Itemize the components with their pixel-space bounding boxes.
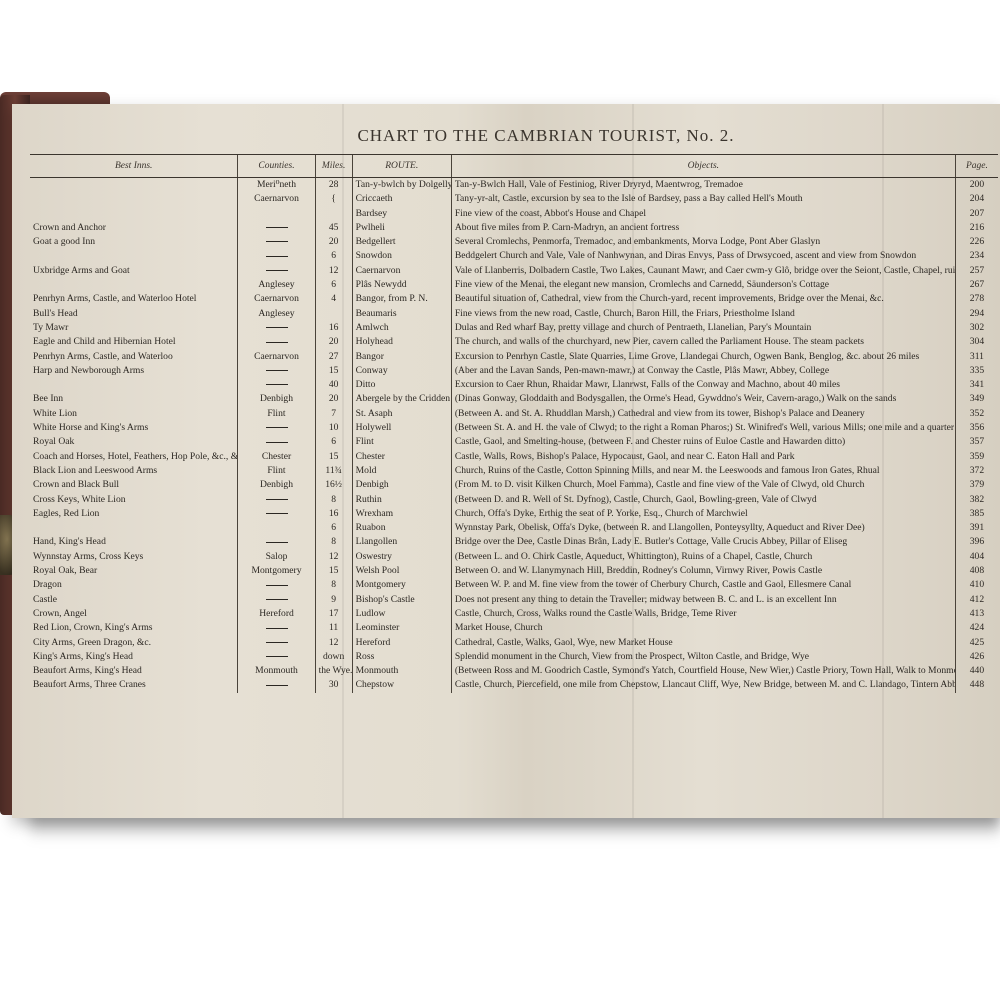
county-name: Denbigh: [238, 392, 315, 406]
table-row: Penrhyn Arms, Castle, and WaterlooCaerna…: [30, 350, 998, 364]
objects-description: Splendid monument in the Church, View fr…: [451, 650, 955, 664]
county-name: [238, 636, 315, 650]
route-stop: Pwlheli: [352, 221, 451, 235]
table-body: Meri⁰neth28Tan-y-bwlch by Dolgelly and F…: [30, 178, 998, 693]
miles-value: 40: [315, 378, 352, 392]
inn-name: Eagle and Child and Hibernian Hotel: [30, 335, 238, 349]
county-name: [238, 593, 315, 607]
miles-value: 27: [315, 350, 352, 364]
page-number: 382: [955, 493, 998, 507]
route-stop: Flint: [352, 435, 451, 449]
objects-description: Does not present any thing to detain the…: [451, 593, 955, 607]
miles-value: [315, 207, 352, 221]
page-number: 440: [955, 664, 998, 678]
page-number: 426: [955, 650, 998, 664]
table-row: 40DittoExcursion to Caer Rhun, Rhaidar M…: [30, 378, 998, 392]
ditto-dash: [266, 656, 288, 657]
route-stop: Chester: [352, 450, 451, 464]
miles-value: 6: [315, 249, 352, 263]
miles-value: 4: [315, 292, 352, 306]
ditto-dash: [266, 241, 288, 242]
table-row: Crown, AngelHereford17LudlowCastle, Chur…: [30, 607, 998, 621]
miles-value: 12: [315, 264, 352, 278]
route-stop: Conway: [352, 364, 451, 378]
miles-value: 10: [315, 421, 352, 435]
inn-name: Beaufort Arms, King's Head: [30, 664, 238, 678]
miles-value: the Wye.: [315, 664, 352, 678]
page-number: 267: [955, 278, 998, 292]
county-name: [238, 221, 315, 235]
county-name: [238, 535, 315, 549]
miles-value: 6: [315, 521, 352, 535]
page-number: 349: [955, 392, 998, 406]
county-name: Hereford: [238, 607, 315, 621]
county-name: [238, 493, 315, 507]
page-number: 448: [955, 678, 998, 692]
route-stop: Snowdon: [352, 249, 451, 263]
objects-description: Market House, Church: [451, 621, 955, 635]
page-number: 352: [955, 407, 998, 421]
miles-value: 8: [315, 493, 352, 507]
route-stop: Oswestry: [352, 550, 451, 564]
table-row: Bull's HeadAngleseyBeaumarisFine views f…: [30, 307, 998, 321]
table-row: Coach and Horses, Hotel, Feathers, Hop P…: [30, 450, 998, 464]
miles-value: 45: [315, 221, 352, 235]
objects-description: (Aber and the Lavan Sands, Pen-mawn-mawr…: [451, 364, 955, 378]
objects-description: (Dinas Gonway, Gloddaith and Bodysgallen…: [451, 392, 955, 406]
inn-name: Harp and Newborough Arms: [30, 364, 238, 378]
table-row: Crown and Black BullDenbigh16½Denbigh(Fr…: [30, 478, 998, 492]
objects-description: Tany-yr-alt, Castle, excursion by sea to…: [451, 192, 955, 206]
objects-description: Excursion to Caer Rhun, Rhaidar Mawr, Ll…: [451, 378, 955, 392]
table-row: Castle9Bishop's CastleDoes not present a…: [30, 593, 998, 607]
table-row: Royal Oak6FlintCastle, Gaol, and Smeltin…: [30, 435, 998, 449]
page-number: 412: [955, 593, 998, 607]
objects-description: (From M. to D. visit Kilken Church, Moel…: [451, 478, 955, 492]
route-stop: Wrexham: [352, 507, 451, 521]
page-number: 294: [955, 307, 998, 321]
ditto-dash: [266, 370, 288, 371]
page-number: 204: [955, 192, 998, 206]
route-stop: Hereford: [352, 636, 451, 650]
miles-value: {: [315, 192, 352, 206]
table-row: BardseyFine view of the coast, Abbot's H…: [30, 207, 998, 221]
county-name: Caernarvon: [238, 192, 315, 206]
inn-name: Bull's Head: [30, 307, 238, 321]
inn-name: [30, 207, 238, 221]
table-row: Black Lion and Leeswood ArmsFlint11¾Mold…: [30, 464, 998, 478]
route-stop: Monmouth: [352, 664, 451, 678]
objects-description: Fine view of the Menai, the elegant new …: [451, 278, 955, 292]
page-number: 216: [955, 221, 998, 235]
header-objects: Objects.: [451, 155, 955, 178]
page-number: 257: [955, 264, 998, 278]
miles-value: 17: [315, 607, 352, 621]
table-row: King's Arms, King's HeaddownRossSplendid…: [30, 650, 998, 664]
miles-value: 11¾: [315, 464, 352, 478]
objects-description: Dulas and Red wharf Bay, pretty village …: [451, 321, 955, 335]
page-number: 200: [955, 178, 998, 193]
inn-name: Crown and Black Bull: [30, 478, 238, 492]
route-stop: Ross: [352, 650, 451, 664]
page-number: 372: [955, 464, 998, 478]
miles-value: 6: [315, 278, 352, 292]
route-stop: Bardsey: [352, 207, 451, 221]
inn-name: Crown and Anchor: [30, 221, 238, 235]
county-name: Salop: [238, 550, 315, 564]
route-stop: Mold: [352, 464, 451, 478]
inn-name: Dragon: [30, 578, 238, 592]
miles-value: 8: [315, 535, 352, 549]
miles-value: 20: [315, 392, 352, 406]
table-row: City Arms, Green Dragon, &c.12HerefordCa…: [30, 636, 998, 650]
county-name: [238, 264, 315, 278]
route-table: Best Inns. Counties. Miles. ROUTE. Objec…: [30, 154, 998, 693]
ditto-dash: [266, 270, 288, 271]
ditto-dash: [266, 585, 288, 586]
route-stop: Bishop's Castle: [352, 593, 451, 607]
inn-name: White Horse and King's Arms: [30, 421, 238, 435]
page-number: 304: [955, 335, 998, 349]
ditto-dash: [266, 513, 288, 514]
inn-name: Uxbridge Arms and Goat: [30, 264, 238, 278]
objects-description: Between O. and W. Llanymynach Hill, Bred…: [451, 564, 955, 578]
table-row: Red Lion, Crown, King's Arms11Leominster…: [30, 621, 998, 635]
objects-description: Cathedral, Castle, Walks, Gaol, Wye, new…: [451, 636, 955, 650]
objects-description: Castle, Church, Cross, Walks round the C…: [451, 607, 955, 621]
county-name: [238, 207, 315, 221]
chart-title-text: CHART TO THE CAMBRIAN TOURIST, No. 2.: [277, 126, 734, 145]
county-name: [238, 249, 315, 263]
ditto-dash: [266, 599, 288, 600]
ditto-dash: [266, 685, 288, 686]
route-stop: Denbigh: [352, 478, 451, 492]
miles-value: 30: [315, 678, 352, 692]
route-stop: Ruabon: [352, 521, 451, 535]
county-name: Meri⁰neth: [238, 178, 315, 193]
objects-description: Fine views from the new road, Castle, Ch…: [451, 307, 955, 321]
county-name: [238, 421, 315, 435]
objects-description: (Between A. and St. A. Rhuddlan Marsh,) …: [451, 407, 955, 421]
ditto-dash: [266, 442, 288, 443]
inn-name: King's Arms, King's Head: [30, 650, 238, 664]
objects-description: (Between Ross and M. Goodrich Castle, Sy…: [451, 664, 955, 678]
miles-value: 12: [315, 550, 352, 564]
route-stop: Welsh Pool: [352, 564, 451, 578]
miles-value: 12: [315, 636, 352, 650]
page-number: 379: [955, 478, 998, 492]
table-row: Royal Oak, BearMontgomery15Welsh PoolBet…: [30, 564, 998, 578]
ditto-dash: [266, 256, 288, 257]
table-row: Wynnstay Arms, Cross KeysSalop12Oswestry…: [30, 550, 998, 564]
route-stop: Abergele by the Cridden: [352, 392, 451, 406]
ditto-dash: [266, 327, 288, 328]
county-name: Anglesey: [238, 307, 315, 321]
county-name: [238, 335, 315, 349]
inn-name: Castle: [30, 593, 238, 607]
miles-value: 7: [315, 407, 352, 421]
table-row: Uxbridge Arms and Goat12CaernarvonVale o…: [30, 264, 998, 278]
page-number: 341: [955, 378, 998, 392]
inn-name: White Lion: [30, 407, 238, 421]
route-stop: Ditto: [352, 378, 451, 392]
page-number: 302: [955, 321, 998, 335]
county-name: Denbigh: [238, 478, 315, 492]
page-number: 311: [955, 350, 998, 364]
table-row: Penrhyn Arms, Castle, and Waterloo Hotel…: [30, 292, 998, 306]
table-row: Beaufort Arms, Three Cranes30ChepstowCas…: [30, 678, 998, 692]
page-number: 424: [955, 621, 998, 635]
ditto-dash: [266, 427, 288, 428]
inn-name: City Arms, Green Dragon, &c.: [30, 636, 238, 650]
table-row: Hand, King's Head8LlangollenBridge over …: [30, 535, 998, 549]
inn-name: Black Lion and Leeswood Arms: [30, 464, 238, 478]
inn-name: Wynnstay Arms, Cross Keys: [30, 550, 238, 564]
county-name: [238, 321, 315, 335]
inn-name: Cross Keys, White Lion: [30, 493, 238, 507]
inn-name: [30, 192, 238, 206]
header-miles: Miles.: [315, 155, 352, 178]
table-row: Goat a good Inn20BedgellertSeveral Croml…: [30, 235, 998, 249]
miles-value: 16: [315, 507, 352, 521]
miles-value: 11: [315, 621, 352, 635]
route-stop: Montgomery: [352, 578, 451, 592]
route-stop: Tan-y-bwlch by Dolgelly and Falls: [352, 178, 451, 193]
county-name: Flint: [238, 464, 315, 478]
table-row: Meri⁰neth28Tan-y-bwlch by Dolgelly and F…: [30, 178, 998, 193]
page-number: 234: [955, 249, 998, 263]
page-number: 396: [955, 535, 998, 549]
county-name: [238, 578, 315, 592]
miles-value: 15: [315, 564, 352, 578]
page-number: 385: [955, 507, 998, 521]
miles-value: 6: [315, 435, 352, 449]
county-name: Montgomery: [238, 564, 315, 578]
inn-name: Ty Mawr: [30, 321, 238, 335]
page-number: 226: [955, 235, 998, 249]
page-number: 413: [955, 607, 998, 621]
page-number: 207: [955, 207, 998, 221]
route-stop: Holywell: [352, 421, 451, 435]
objects-description: (Between St. A. and H. the vale of Clwyd…: [451, 421, 955, 435]
page-number: 408: [955, 564, 998, 578]
table-row: 6RuabonWynnstay Park, Obelisk, Offa's Dy…: [30, 521, 998, 535]
county-name: [238, 507, 315, 521]
fold-out-chart-sheet: CHART TO THE CAMBRIAN TOURIST, No. 2. Be…: [12, 104, 1000, 818]
objects-description: Castle, Church, Piercefield, one mile fr…: [451, 678, 955, 692]
county-name: Monmouth: [238, 664, 315, 678]
chart-title: CHART TO THE CAMBRIAN TOURIST, No. 2.: [12, 126, 1000, 146]
table-row: Eagle and Child and Hibernian Hotel20Hol…: [30, 335, 998, 349]
inn-name: Crown, Angel: [30, 607, 238, 621]
table-row: Cross Keys, White Lion8Ruthin(Between D.…: [30, 493, 998, 507]
county-name: [238, 650, 315, 664]
page-number: 410: [955, 578, 998, 592]
objects-description: Bridge over the Dee, Castle Dinas Brân, …: [451, 535, 955, 549]
county-name: Flint: [238, 407, 315, 421]
county-name: Caernarvon: [238, 292, 315, 306]
route-stop: Ludlow: [352, 607, 451, 621]
miles-value: 20: [315, 335, 352, 349]
ditto-dash: [266, 384, 288, 385]
miles-value: down: [315, 650, 352, 664]
objects-description: (Between D. and R. Well of St. Dyfnog), …: [451, 493, 955, 507]
route-stop: Leominster: [352, 621, 451, 635]
table-row: Caernarvon{CriccaethTany-yr-alt, Castle,…: [30, 192, 998, 206]
route-stop: St. Asaph: [352, 407, 451, 421]
ditto-dash: [266, 342, 288, 343]
objects-description: Church, Offa's Dyke, Erthig the seat of …: [451, 507, 955, 521]
table-row: Harp and Newborough Arms15Conway(Aber an…: [30, 364, 998, 378]
inn-name: [30, 178, 238, 193]
objects-description: Several Cromlechs, Penmorfa, Tremadoc, a…: [451, 235, 955, 249]
inn-name: [30, 378, 238, 392]
objects-description: About five miles from P. Carn-Madryn, an…: [451, 221, 955, 235]
objects-description: Castle, Walls, Rows, Bishop's Palace, Hy…: [451, 450, 955, 464]
miles-value: 16½: [315, 478, 352, 492]
page-number: 359: [955, 450, 998, 464]
route-stop: Bedgellert: [352, 235, 451, 249]
inn-name: [30, 278, 238, 292]
ditto-dash: [266, 542, 288, 543]
page-number: 335: [955, 364, 998, 378]
miles-value: 15: [315, 450, 352, 464]
page-number: 404: [955, 550, 998, 564]
county-name: Caernarvon: [238, 350, 315, 364]
county-name: [238, 364, 315, 378]
ditto-dash: [266, 227, 288, 228]
route-stop: Amlwch: [352, 321, 451, 335]
objects-description: Tan-y-Bwlch Hall, Vale of Festiniog, Riv…: [451, 178, 955, 193]
miles-value: 15: [315, 364, 352, 378]
header-counties: Counties.: [238, 155, 315, 178]
miles-value: 28: [315, 178, 352, 193]
objects-description: Fine view of the coast, Abbot's House an…: [451, 207, 955, 221]
county-name: [238, 678, 315, 692]
table-row: 6SnowdonBeddgelert Church and Vale, Vale…: [30, 249, 998, 263]
inn-name: Hand, King's Head: [30, 535, 238, 549]
objects-description: Wynnstay Park, Obelisk, Offa's Dyke, (be…: [451, 521, 955, 535]
header-route: ROUTE.: [352, 155, 451, 178]
miles-value: 8: [315, 578, 352, 592]
table-header-row: Best Inns. Counties. Miles. ROUTE. Objec…: [30, 155, 998, 178]
inn-name: Royal Oak: [30, 435, 238, 449]
page-number: 356: [955, 421, 998, 435]
county-name: Anglesey: [238, 278, 315, 292]
inn-name: Coach and Horses, Hotel, Feathers, Hop P…: [30, 450, 238, 464]
objects-description: Beddgelert Church and Vale, Vale of Nanh…: [451, 249, 955, 263]
header-best-inns: Best Inns.: [30, 155, 238, 178]
inn-name: Penrhyn Arms, Castle, and Waterloo Hotel: [30, 292, 238, 306]
ditto-dash: [266, 499, 288, 500]
route-stop: Llangollen: [352, 535, 451, 549]
header-page: Page.: [955, 155, 998, 178]
inn-name: Red Lion, Crown, King's Arms: [30, 621, 238, 635]
miles-value: [315, 307, 352, 321]
objects-description: Excursion to Penrhyn Castle, Slate Quarr…: [451, 350, 955, 364]
table-row: Ty Mawr16AmlwchDulas and Red wharf Bay, …: [30, 321, 998, 335]
page-number: 278: [955, 292, 998, 306]
county-name: [238, 435, 315, 449]
route-stop: Chepstow: [352, 678, 451, 692]
route-stop: Plâs Newydd: [352, 278, 451, 292]
route-stop: Holyhead: [352, 335, 451, 349]
county-name: [238, 378, 315, 392]
objects-description: The church, and walls of the churchyard,…: [451, 335, 955, 349]
route-stop: Criccaeth: [352, 192, 451, 206]
objects-description: Between W. P. and M. fine view from the …: [451, 578, 955, 592]
page-number: 357: [955, 435, 998, 449]
table-row: Beaufort Arms, King's HeadMonmouththe Wy…: [30, 664, 998, 678]
objects-description: Church, Ruins of the Castle, Cotton Spin…: [451, 464, 955, 478]
county-name: Chester: [238, 450, 315, 464]
page-number: 425: [955, 636, 998, 650]
table-row: Anglesey6Plâs NewyddFine view of the Men…: [30, 278, 998, 292]
inn-name: Beaufort Arms, Three Cranes: [30, 678, 238, 692]
miles-value: 20: [315, 235, 352, 249]
inn-name: Penrhyn Arms, Castle, and Waterloo: [30, 350, 238, 364]
table-row: Crown and Anchor45PwlheliAbout five mile…: [30, 221, 998, 235]
inn-name: [30, 249, 238, 263]
objects-description: (Between L. and O. Chirk Castle, Aqueduc…: [451, 550, 955, 564]
county-name: [238, 521, 315, 535]
inn-name: Goat a good Inn: [30, 235, 238, 249]
objects-description: Vale of Llanberris, Dolbadern Castle, Tw…: [451, 264, 955, 278]
ditto-dash: [266, 628, 288, 629]
inn-name: Eagles, Red Lion: [30, 507, 238, 521]
route-stop: Ruthin: [352, 493, 451, 507]
table-row: White Horse and King's Arms10Holywell(Be…: [30, 421, 998, 435]
table-row: Bee InnDenbigh20Abergele by the Cridden(…: [30, 392, 998, 406]
objects-description: Beautiful situation of, Cathedral, view …: [451, 292, 955, 306]
county-name: [238, 621, 315, 635]
ditto-dash: [266, 642, 288, 643]
county-name: [238, 235, 315, 249]
inn-name: Royal Oak, Bear: [30, 564, 238, 578]
miles-value: 16: [315, 321, 352, 335]
route-stop: Caernarvon: [352, 264, 451, 278]
table-row: Dragon8MontgomeryBetween W. P. and M. fi…: [30, 578, 998, 592]
inn-name: Bee Inn: [30, 392, 238, 406]
route-stop: Beaumaris: [352, 307, 451, 321]
table-row: White LionFlint7St. Asaph(Between A. and…: [30, 407, 998, 421]
inn-name: [30, 521, 238, 535]
page-number: 391: [955, 521, 998, 535]
objects-description: Castle, Gaol, and Smelting-house, (betwe…: [451, 435, 955, 449]
table-row: Eagles, Red Lion16WrexhamChurch, Offa's …: [30, 507, 998, 521]
route-stop: Bangor, from P. N.: [352, 292, 451, 306]
route-stop: Bangor: [352, 350, 451, 364]
miles-value: 9: [315, 593, 352, 607]
